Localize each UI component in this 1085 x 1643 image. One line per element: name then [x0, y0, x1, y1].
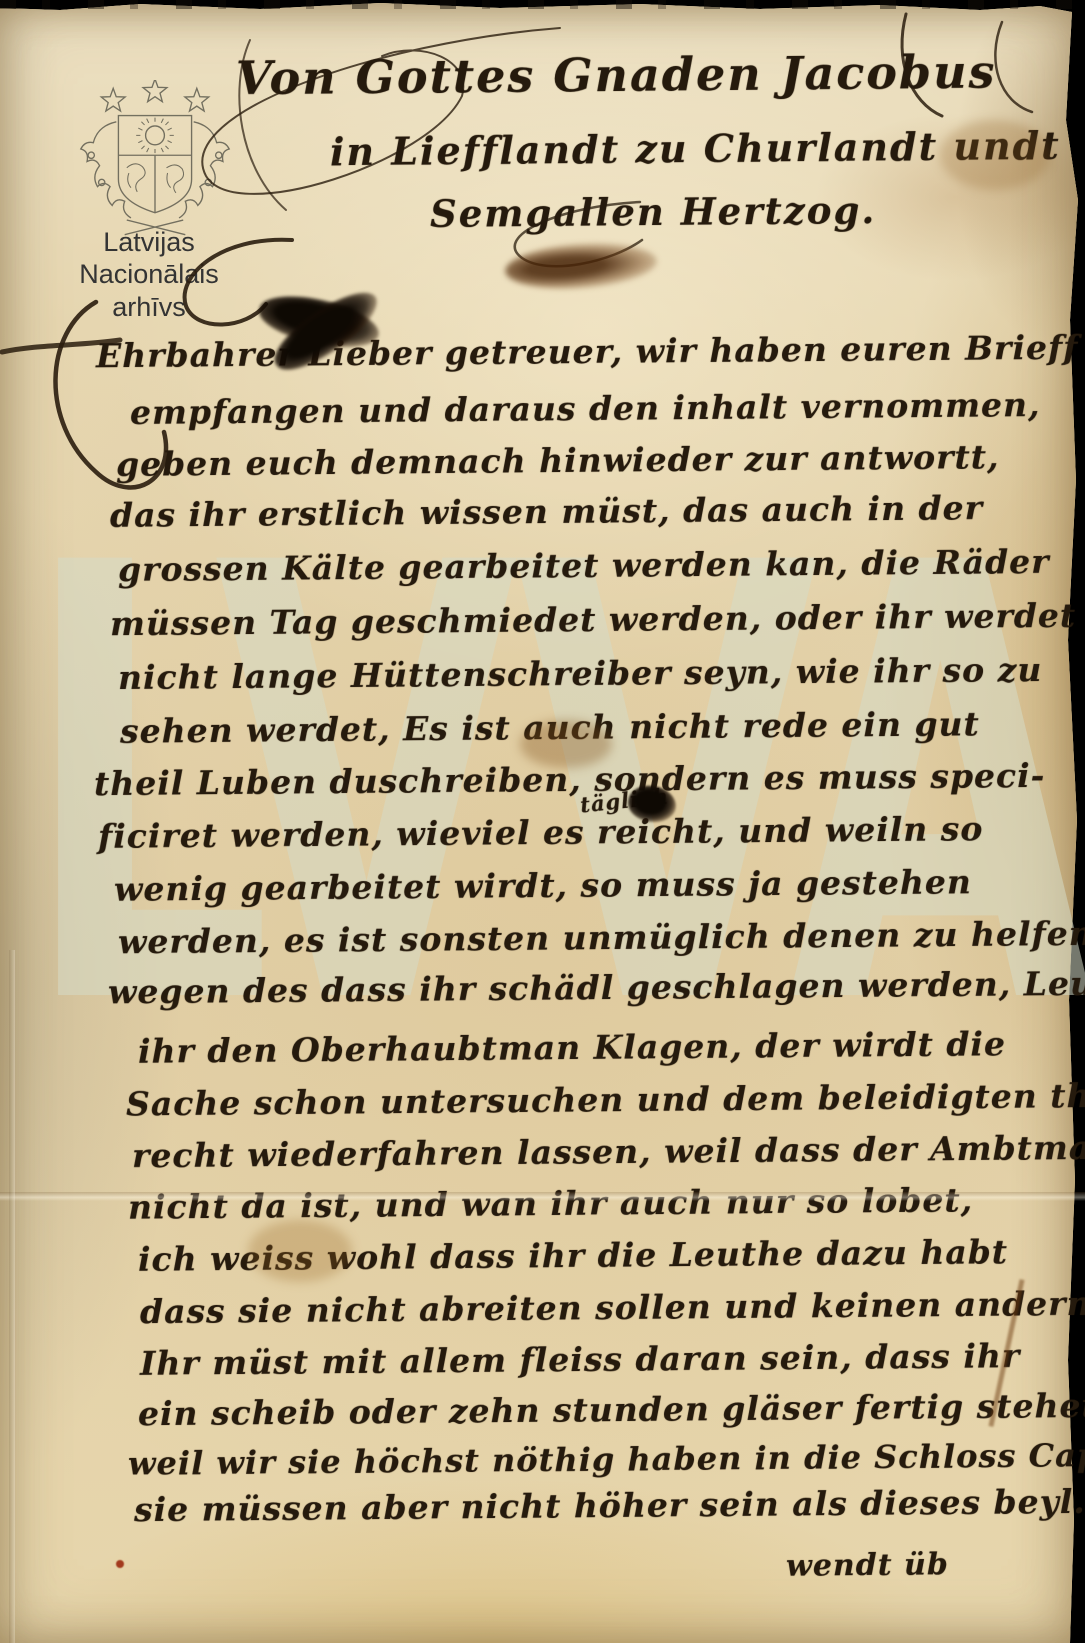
coat-of-arms-icon: [66, 80, 244, 242]
body-line-20: Ihr müst mit allem fleiss daran sein, da…: [140, 1336, 1021, 1383]
body-line-3: geben euch demnach hinwieder zur antwort…: [116, 437, 1000, 484]
torn-top-edge: [0, 0, 1085, 9]
scanned-letter-page: LVVA Latvijas Nacionālais arhīvs: [0, 0, 1085, 1643]
body-line-4: das ihr erstlich wissen müst, das auch i…: [110, 488, 983, 535]
body-line-21: ein scheib oder zehn stunden gläser fert…: [138, 1386, 1085, 1433]
body-line-14: ihr den Oberhaubtman Klagen, der wirdt d…: [138, 1024, 1006, 1071]
body-line-19: dass sie nicht abreiten sollen und keine…: [140, 1284, 1085, 1331]
red-speck: [116, 1560, 124, 1568]
body-line-10: ficiret werden, wieviel es reicht, und w…: [98, 809, 984, 856]
body-line-16: recht wiederfahren lassen, weil dass der…: [132, 1128, 1085, 1176]
header-line-1: Von Gottes Gnaden Jacobus: [236, 45, 997, 106]
fold-crease-vertical: [9, 950, 15, 1643]
body-line-7: nicht lange Hüttenschreiber seyn, wie ih…: [118, 650, 1043, 697]
body-line-11: wenig gearbeitet wirdt, so muss ja geste…: [114, 862, 972, 908]
stain-lower-left: [248, 1220, 352, 1282]
archive-name-line2: arhīvs: [112, 292, 186, 322]
stain-top-right: [940, 120, 1050, 190]
archive-name-label: Latvijas Nacionālais arhīvs: [30, 226, 268, 323]
body-line-17: nicht da ist, und wan ihr auch nur so lo…: [128, 1180, 973, 1226]
body-line-2: empfangen und daraus den inhalt vernomme…: [130, 385, 1041, 432]
fold-crease-horizontal: [0, 1192, 1085, 1201]
body-line-5: grossen Kälte gearbeitet werden kan, die…: [118, 542, 1050, 589]
body-line-15: Sache schon untersuchen und dem beleidig…: [126, 1076, 1085, 1124]
header-line-3: Semgallen Hertzog.: [430, 188, 877, 236]
stain-mid-left: [520, 720, 612, 768]
archive-name-line1: Latvijas Nacionālais: [79, 227, 219, 289]
closing-note: wendt üb: [786, 1547, 949, 1583]
body-line-23: sie müssen aber nicht höher sein als die…: [134, 1482, 1085, 1529]
